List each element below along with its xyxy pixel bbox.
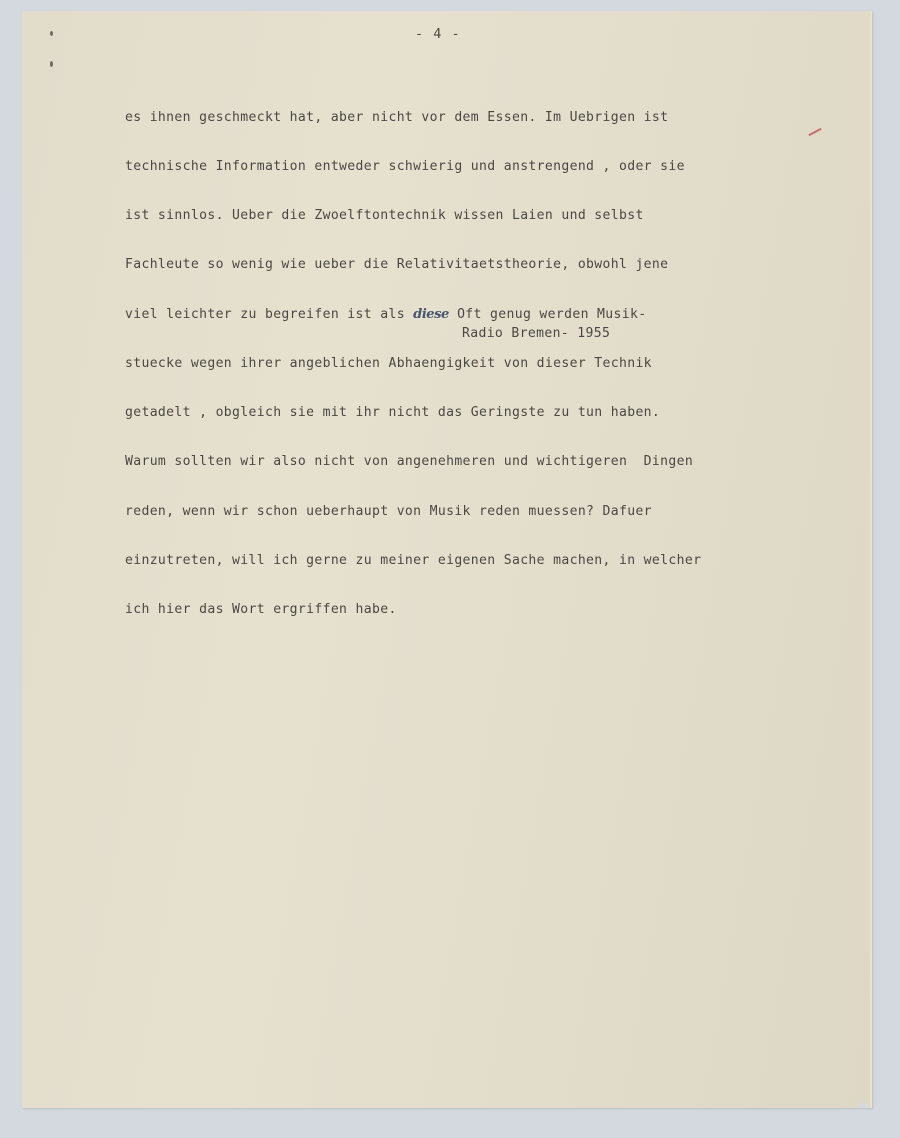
torn-corner <box>860 1103 868 1108</box>
punch-hole <box>50 61 53 67</box>
text-line: es ihnen geschmeckt hat, aber nicht vor … <box>125 110 845 126</box>
text-line: stuecke wegen ihrer angeblichen Abhaengi… <box>125 356 845 372</box>
handwritten-correction: diese <box>413 307 449 322</box>
text-line-with-correction: viel leichter zu begreifen ist als diese… <box>125 307 845 323</box>
text-segment: Oft genug werden Musik- <box>449 307 647 322</box>
text-line: Fachleute so wenig wie ueber die Relativ… <box>125 257 845 273</box>
text-line: reden, wenn wir schon ueberhaupt von Mus… <box>125 504 845 520</box>
signature-line: Radio Bremen- 1955 <box>462 326 610 341</box>
text-line: einzutreten, will ich gerne zu meiner ei… <box>125 553 845 569</box>
punch-hole <box>50 31 53 36</box>
text-line: getadelt , obgleich sie mit ihr nicht da… <box>125 405 845 421</box>
typewritten-page: - 4 - es ihnen geschmeckt hat, aber nich… <box>22 11 872 1108</box>
text-line: technische Information entweder schwieri… <box>125 159 845 175</box>
page-number: - 4 - <box>415 26 461 42</box>
text-segment: viel leichter zu begreifen ist als <box>125 307 413 322</box>
text-line: ich hier das Wort ergriffen habe. <box>125 602 845 618</box>
text-line: ist sinnlos. Ueber die Zwoelftontechnik … <box>125 208 845 224</box>
body-text: es ihnen geschmeckt hat, aber nicht vor … <box>125 77 845 651</box>
text-line: Warum sollten wir also nicht von angeneh… <box>125 454 845 470</box>
